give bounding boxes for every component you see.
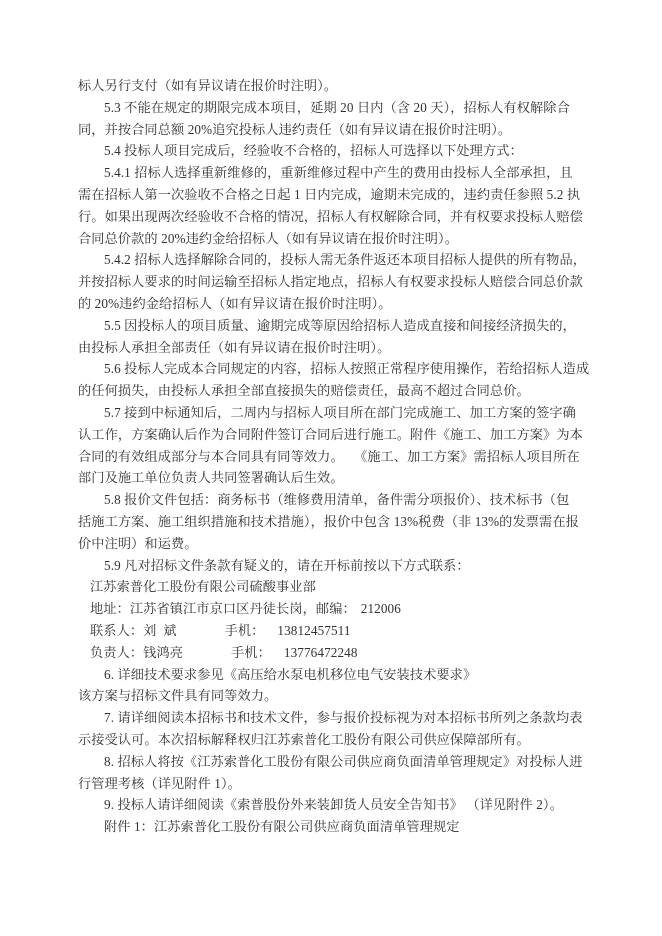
item-6-line: 6. 详细技术要求参见《高压给水泵电机移位电气安装技术要求》 (78, 664, 584, 686)
contact-manager-phone: 13776472248 (284, 645, 358, 660)
clause-5-5-line: 5.5 因投标人的项目质量、逾期完成等原因给招标人造成直接和间接经济损失的， (78, 315, 584, 337)
document-line: 由投标人承担全部责任（如有异议请在报价时注明）。 (78, 337, 584, 359)
postal-code: 212006 (361, 601, 401, 616)
document-line: 同，并按合同总额 20%追究投标人违约责任（如有异议请在报价时注明）。 (78, 119, 584, 141)
clause-5-3-line: 5.3 不能在规定的期限完成本项目，延期 20 日内（含 20 天），招标人有权… (78, 97, 584, 119)
document-line: 该方案与招标文件具有同等效力。 (78, 685, 584, 707)
document-line: 合同总价款的 20%违约金给招标人（如有异议请在报价时注明）。 (78, 228, 584, 250)
document-text-block: 标人另行支付（如有异议请在报价时注明）。 5.3 不能在规定的期限完成本项目，延… (78, 75, 584, 838)
contact-manager-phone-label: 手机： (231, 645, 271, 660)
item-8-line: 8. 招标人将按《江苏索普化工股份有限公司供应商负面清单管理规定》对投标人进 (78, 751, 584, 773)
clause-5-4-1-line: 5.4.1 招标人选择重新维修的，重新维修过程中产生的费用由投标人全部承担，且 (78, 162, 584, 184)
contact-manager-label: 负责人： (90, 645, 143, 660)
document-line: 价中注明）和运费。 (78, 533, 584, 555)
document-line: 行管理考核（详见附件 1）。 (78, 773, 584, 795)
clause-5-6-line: 5.6 投标人完成本合同规定的内容，招标人按照正常程序使用操作，若给招标人造成 (78, 358, 584, 380)
clause-5-4-2-line: 5.4.2 招标人选择解除合同的，投标人需无条件返还本项目招标人提供的所有物品， (78, 249, 584, 271)
document-line: 示接受认可。本次招标解释权归江苏索普化工股份有限公司供应保障部所有。 (78, 729, 584, 751)
document-line: 认工作，方案确认后作为合同附件签订合同后进行施工。附件《施工、加工方案》为本 (78, 424, 584, 446)
contact-department-line: 江苏索普化工股份有限公司硫酸事业部 (78, 576, 584, 598)
document-line: 并按招标人要求的时间运输至招标人指定地点，招标人有权要求投标人赔偿合同总价款 (78, 271, 584, 293)
contact-manager-name: 钱鸿亮 (143, 645, 183, 660)
contact-person-phone: 13812457511 (277, 623, 350, 638)
document-line: 合同的有效组成部分与本合同具有同等效力。 《施工、加工方案》需招标人项目所在 (78, 446, 584, 468)
postal-label: 邮编： (316, 601, 356, 616)
clause-5-9-line: 5.9 凡对招标文件条款有疑义的，请在开标前按以下方式联系： (78, 555, 584, 577)
document-line: 部门及施工单位负责人共同签署确认后生效。 (78, 467, 584, 489)
clause-5-7-line: 5.7 接到中标通知后，二周内与招标人项目所在部门完成施工、加工方案的签字确 (78, 402, 584, 424)
contact-person-label: 联系人： (90, 623, 143, 638)
clause-5-4-line: 5.4 投标人项目完成后，经验收不合格的，招标人可选择以下处理方式： (78, 140, 584, 162)
address-label: 地址： (90, 601, 130, 616)
clause-5-8-line: 5.8 报价文件包括：商务标书（维修费用清单，备件需分项报价）、技术标书（包 (78, 489, 584, 511)
attachment-1-line: 附件 1：江苏索普化工股份有限公司供应商负面清单管理规定 (78, 816, 584, 838)
contact-address-line: 地址：江苏省镇江市京口区丹徒长岗，邮编：212006 (78, 598, 584, 620)
contact-manager-line: 负责人：钱鸿亮手机：13776472248 (78, 642, 584, 664)
item-7-line: 7. 请详细阅读本招标书和技术文件，参与报价投标视为对本招标书所列之条款均表 (78, 707, 584, 729)
contact-person-line: 联系人：刘 斌手机：13812457511 (78, 620, 584, 642)
document-line: 需在招标人第一次验收不合格之日起 1 日内完成，逾期未完成的，违约责任参照 5.… (78, 184, 584, 206)
address-value: 江苏省镇江市京口区丹徒长岗， (130, 601, 316, 616)
contact-person-name: 刘 斌 (143, 623, 176, 638)
document-line: 的 20%违约金给招标人（如有异议请在报价时注明）。 (78, 293, 584, 315)
contact-person-phone-label: 手机： (225, 623, 265, 638)
document-line: 标人另行支付（如有异议请在报价时注明）。 (78, 75, 584, 97)
document-line: 行。如果出现两次经验收不合格的情况，招标人有权解除合同，并有权要求投标人赔偿 (78, 206, 584, 228)
document-line: 括施工方案、施工组织措施和技术措施），报价中包含 13%税费（非 13%的发票需… (78, 511, 584, 533)
document-line: 的任何损失，由投标人承担全部直接损失的赔偿责任，最高不超过合同总价。 (78, 380, 584, 402)
item-9-line: 9. 投标人请详细阅读《索普股份外来装卸货人员安全告知书》 （详见附件 2）。 (78, 794, 584, 816)
document-page: 标人另行支付（如有异议请在报价时注明）。 5.3 不能在规定的期限完成本项目，延… (0, 0, 662, 936)
